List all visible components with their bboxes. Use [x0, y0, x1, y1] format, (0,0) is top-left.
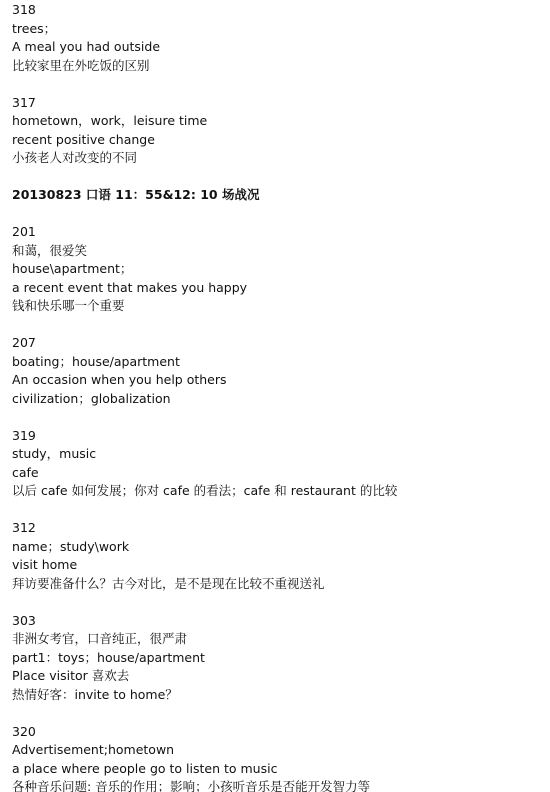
section-line: study，music [12, 445, 550, 464]
spacer [12, 501, 550, 520]
section-line: 各种音乐问题: 音乐的作用；影响；小孩听音乐是否能开发智力等 [12, 778, 550, 792]
section-line: name；study\work [12, 538, 550, 557]
section-line: 小孩老人对改变的不同 [12, 149, 550, 168]
section-id-320: 320 [12, 723, 550, 742]
section-line: 钱和快乐哪一个重要 [12, 297, 550, 316]
section-id-207: 207 [12, 334, 550, 353]
section-id-318: 318 [12, 1, 550, 20]
spacer [12, 704, 550, 723]
document-body: 318 trees； A meal you had outside 比较家里在外… [12, 1, 550, 792]
section-line: recent positive change [12, 131, 550, 150]
section-id-303: 303 [12, 612, 550, 631]
session-heading: 20130823 口语 11：55&12: 10 场战况 [12, 186, 550, 205]
spacer [12, 593, 550, 612]
section-id-319: 319 [12, 427, 550, 446]
section-line: A meal you had outside [12, 38, 550, 57]
section-line: 拜访要准备什么？古今对比，是不是现在比较不重视送礼 [12, 575, 550, 594]
section-line: Place visitor 喜欢去 [12, 667, 550, 686]
section-line: 热情好客：invite to home？ [12, 686, 550, 705]
section-line: 和蔼，很爱笑 [12, 242, 550, 261]
spacer [12, 408, 550, 427]
section-line: hometown，work，leisure time [12, 112, 550, 131]
section-line: 非洲女考官，口音纯正，很严肃 [12, 630, 550, 649]
spacer [12, 75, 550, 94]
section-line: trees； [12, 20, 550, 39]
section-line: a place where people go to listen to mus… [12, 760, 550, 779]
section-line: Advertisement;hometown [12, 741, 550, 760]
section-line: An occasion when you help others [12, 371, 550, 390]
spacer [12, 205, 550, 224]
section-id-317: 317 [12, 94, 550, 113]
section-line: cafe [12, 464, 550, 483]
section-id-312: 312 [12, 519, 550, 538]
section-line: boating；house/apartment [12, 353, 550, 372]
section-line: civilization；globalization [12, 390, 550, 409]
section-line: 以后 cafe 如何发展；你对 cafe 的看法；cafe 和 restaura… [12, 482, 550, 501]
section-line: 比较家里在外吃饭的区别 [12, 57, 550, 76]
spacer [12, 316, 550, 335]
section-id-201: 201 [12, 223, 550, 242]
section-line: house\apartment； [12, 260, 550, 279]
spacer [12, 168, 550, 187]
section-line: visit home [12, 556, 550, 575]
section-line: part1：toys；house/apartment [12, 649, 550, 668]
section-line: a recent event that makes you happy [12, 279, 550, 298]
